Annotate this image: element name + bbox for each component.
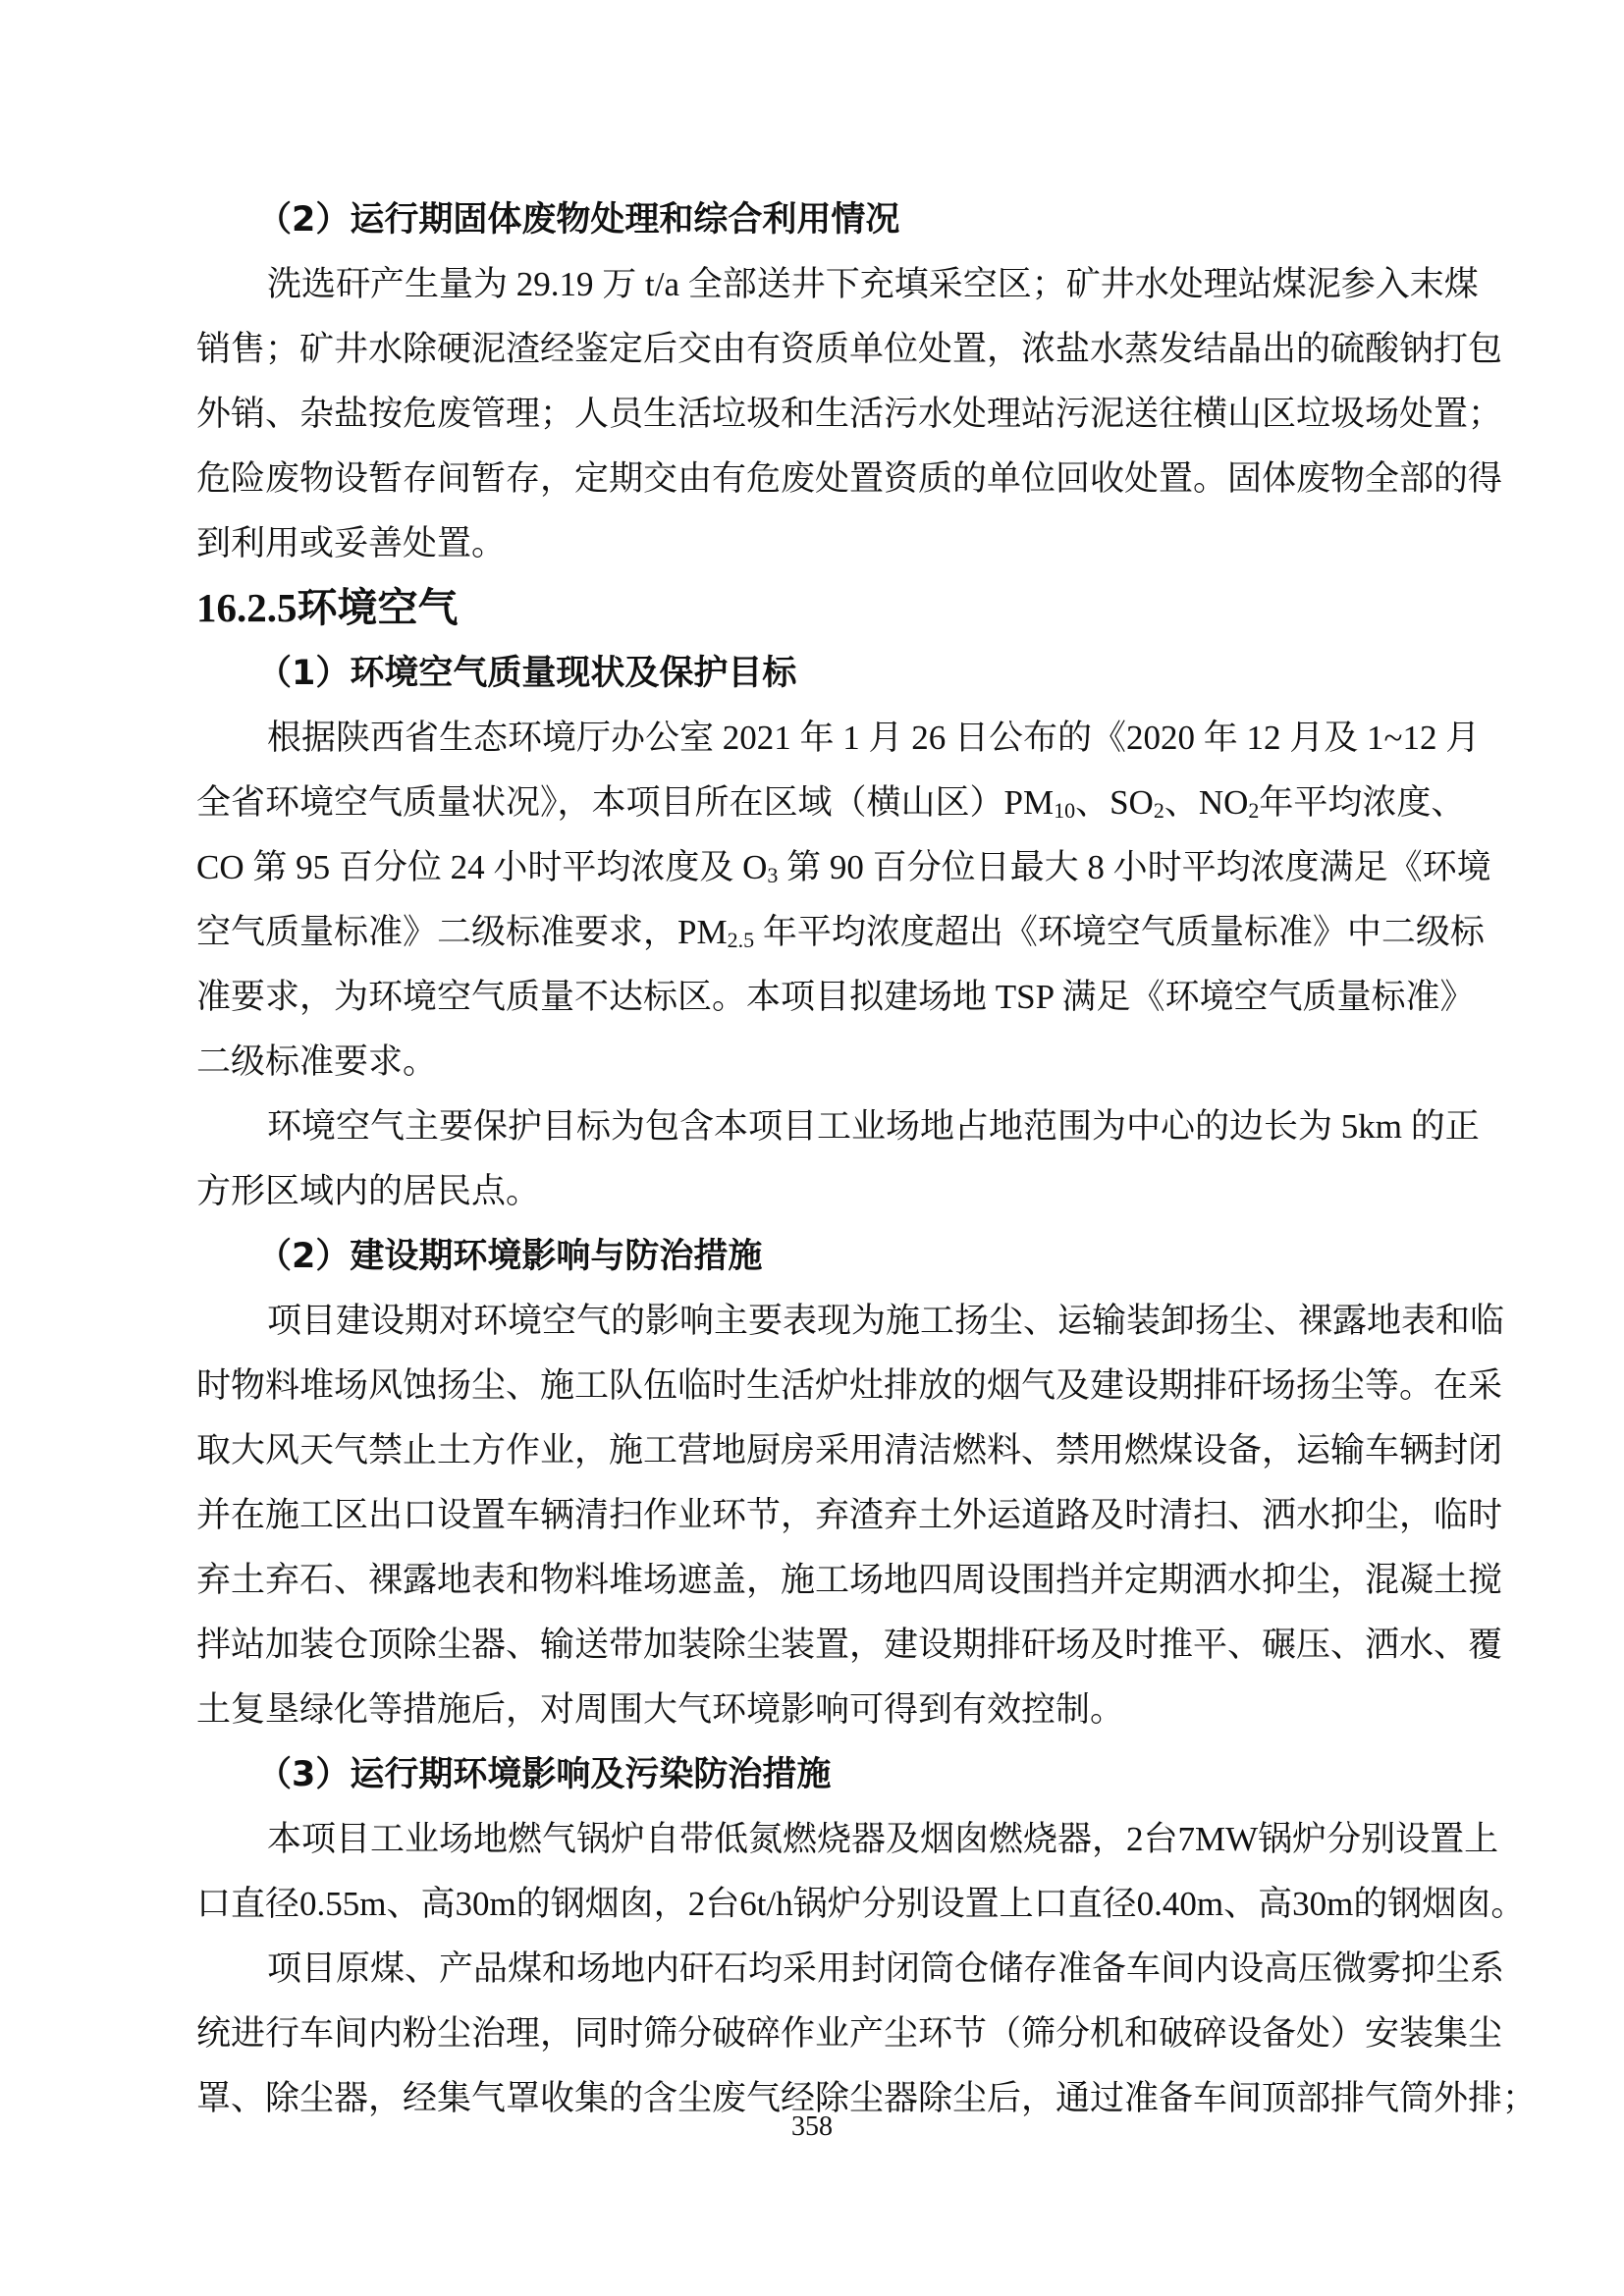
text-run: 年平均浓度超出《环境空气质量标准》中二级标: [754, 913, 1485, 951]
subsection-heading-solid-waste: （2）运行期固体废物处理和综合利用情况: [257, 198, 899, 241]
subscript: 2.5: [728, 928, 755, 952]
text-run: 全省环境空气质量状况》，本项目所在区域（横山区）PM: [196, 783, 1054, 822]
paragraph-line: 弃土弃石、裸露地表和物料堆场遮盖，施工场地四周设围挡并定期洒水抑尘，混凝土搅: [196, 1559, 1432, 1602]
text-run: 、SO: [1075, 783, 1154, 822]
subsection-heading-air-quality: （1）环境空气质量现状及保护目标: [257, 652, 796, 695]
section-heading: 16.2.5环境空气: [196, 583, 459, 632]
paragraph-line: 方形区域内的居民点。: [196, 1170, 1432, 1213]
subscript: 2: [1154, 798, 1164, 823]
text-run: 、NO: [1164, 783, 1249, 822]
section-title: 环境空气: [298, 584, 459, 631]
paragraph-line: 外销、杂盐按危废管理；人员生活垃圾和生活污水处理站污泥送往横山区垃圾场处置；: [196, 393, 1432, 436]
paragraph-line: 本项目工业场地燃气锅炉自带低氮燃烧器及烟囱燃烧器，2台7MW锅炉分别设置上: [267, 1818, 1432, 1861]
text-run: 第 90 百分位日最大 8 小时平均浓度满足《环境: [778, 848, 1490, 886]
paragraph-line: 项目原煤、产品煤和场地内矸石均采用封闭筒仓储存准备车间内设高压微雾抑尘系: [267, 1948, 1432, 1991]
paragraph-line: 空气质量标准》二级标准要求，PM2.5 年平均浓度超出《环境空气质量标准》中二级…: [196, 911, 1432, 954]
paragraph-line: 时物料堆场风蚀扬尘、施工队伍临时生活炉灶排放的烟气及建设期排矸场扬尘等。在采: [196, 1364, 1432, 1408]
paragraph-line: 洗选矸产生量为 29.19 万 t/a 全部送井下充填采空区；矿井水处理站煤泥参…: [267, 263, 1432, 306]
paragraph-line: 口直径0.55m、高30m的钢烟囱，2台6t/h锅炉分别设置上口直径0.40m、…: [196, 1883, 1432, 1926]
text-run: 空气质量标准》二级标准要求，PM: [196, 913, 728, 951]
paragraph-line: 危险废物设暂存间暂存，定期交由有危废处置资质的单位回收处置。固体废物全部的得: [196, 457, 1432, 501]
paragraph-line: 土复垦绿化等措施后，对周围大气环境影响可得到有效控制。: [196, 1688, 1432, 1732]
paragraph-line: 二级标准要求。: [196, 1041, 1432, 1084]
subscript: 10: [1054, 798, 1075, 823]
section-number: 16.2.5: [196, 585, 298, 630]
paragraph-line: 准要求，为环境空气质量不达标区。本项目拟建场地 TSP 满足《环境空气质量标准》: [196, 976, 1432, 1019]
paragraph-line: 拌站加装仓顶除尘器、输送带加装除尘装置，建设期排矸场及时推平、碾压、洒水、覆: [196, 1624, 1432, 1667]
paragraph-line: 并在施工区出口设置车辆清扫作业环节，弃渣弃土外运道路及时清扫、洒水抑尘，临时: [196, 1494, 1432, 1537]
text-run: CO 第 95 百分位 24 小时平均浓度及 O: [196, 848, 767, 886]
paragraph-line: 到利用或妥善处置。: [196, 522, 1432, 565]
paragraph-line: 统进行车间内粉尘治理，同时筛分破碎作业产尘环节（筛分机和破碎设备处）安装集尘: [196, 2012, 1432, 2056]
subscript: 3: [767, 863, 778, 887]
paragraph-line: 项目建设期对环境空气的影响主要表现为施工扬尘、运输装卸扬尘、裸露地表和临: [267, 1300, 1432, 1343]
paragraph-line: 取大风天气禁止土方作业，施工营地厨房采用清洁燃料、禁用燃煤设备，运输车辆封闭: [196, 1429, 1432, 1472]
subscript: 2: [1248, 798, 1259, 823]
text-run: 年平均浓度、: [1259, 783, 1465, 822]
paragraph-line: 根据陕西省生态环境厅办公室 2021 年 1 月 26 日公布的《2020 年 …: [267, 717, 1432, 760]
paragraph-line: 销售；矿井水除硬泥渣经鉴定后交由有资质单位处置，浓盐水蒸发结晶出的硫酸钠打包: [196, 328, 1432, 371]
page-number: 358: [0, 2110, 1624, 2144]
paragraph-line: 环境空气主要保护目标为包含本项目工业场地占地范围为中心的边长为 5km 的正: [267, 1105, 1432, 1148]
subsection-heading-construction: （2）建设期环境影响与防治措施: [257, 1235, 762, 1278]
paragraph-line: CO 第 95 百分位 24 小时平均浓度及 O3 第 90 百分位日最大 8 …: [196, 846, 1432, 889]
paragraph-line: 全省环境空气质量状况》，本项目所在区域（横山区）PM10、SO2、NO2年平均浓…: [196, 781, 1432, 825]
subsection-heading-operation: （3）运行期环境影响及污染防治措施: [257, 1753, 831, 1796]
document-page: （2）运行期固体废物处理和综合利用情况 洗选矸产生量为 29.19 万 t/a …: [0, 0, 1624, 2296]
